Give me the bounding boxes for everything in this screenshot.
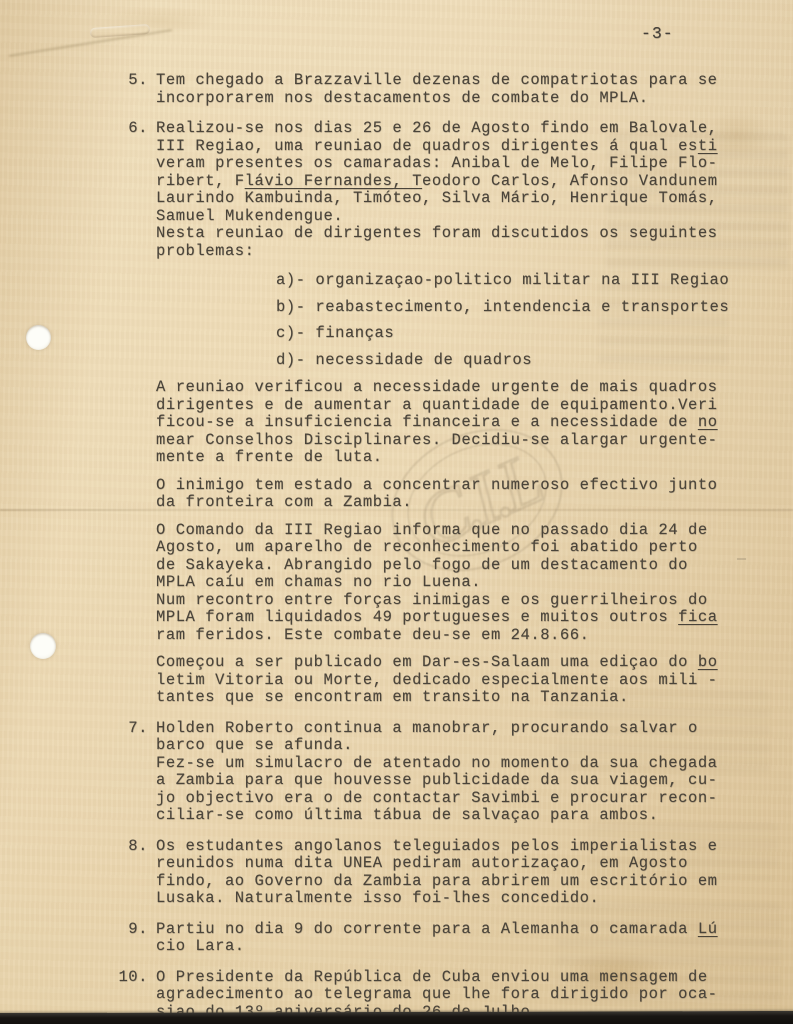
text-segment: bo [698,653,718,671]
text-line: ciliar-se como última tábua de salvaçao … [156,807,768,825]
text-segment: Laurindo [156,189,245,207]
text-line: III Regiao, uma reuniao de quadros dirig… [156,138,768,156]
text-line: Tem chegado a Brazzaville dezenas de com… [156,72,768,90]
paragraph: Os estudantes angolanos teleguiados pelo… [156,838,768,908]
text-segment: jo objectivo era o de contactar Savimbi … [156,789,718,807]
text-segment: Partiu no dia 9 do corrente para a Alema… [156,920,698,938]
document-item: 5.Tem chegado a Brazzaville dezenas de c… [118,72,768,107]
text-line: Fez-se um simulacro de atentado no momen… [156,755,768,773]
item-body: Partiu no dia 9 do corrente para a Alema… [156,921,768,956]
text-line: Agosto, um aparelho de reconhecimento fo… [156,539,768,557]
text-segment: ti [698,137,718,155]
item-number: 5. [118,72,148,107]
sublist-entry: d)- necessidade de quadros [156,352,768,370]
text-line: ram feridos. Este combate deu-se em 24.8… [156,627,768,645]
text-segment: ficou-se a insuficiencia financeira e a … [156,413,698,431]
text-segment: Começou a ser publicado em Dar-es-Salaam… [156,653,698,671]
text-segment: Fernandes [304,172,393,190]
text-segment: Lusaka. Naturalmente isso foi-lhes conce… [156,889,599,907]
item-body: Realizou-se nos dias 25 e 26 de Agosto f… [156,120,768,707]
page-number: -3- [641,24,674,43]
document-body: 5.Tem chegado a Brazzaville dezenas de c… [118,72,768,1021]
sublist-entry: b)- reabastecimento, intendencia e trans… [156,299,768,317]
text-segment: ram feridos. Este combate deu-se em 24.8… [156,626,589,644]
text-line: da fronteira com a Zambia. [156,494,768,512]
text-segment: Timóteo [353,189,422,207]
paragraph: Realizou-se nos dias 25 e 26 de Agosto f… [156,120,768,260]
scanner-edge-strip [0,1011,793,1024]
text-line: Realizou-se nos dias 25 e 26 de Agosto f… [156,120,768,138]
text-segment: O Comando da III Regiao informa que no p… [156,521,708,539]
text-line: O Comando da III Regiao informa que no p… [156,522,768,540]
text-line: MPLA foram liquidados 49 portugueses e m… [156,609,768,627]
text-segment: agradecimento ao telegrama que lhe fora … [156,985,718,1003]
text-segment: ciliar-se como última tábua de salvaçao … [156,806,658,824]
text-line: veram presentes os camaradas: Anibal de … [156,155,768,173]
document-item: 8.Os estudantes angolanos teleguiados pe… [118,838,768,908]
text-line: ribert, Flávio Fernandes, Teodoro Carlos… [156,173,768,191]
text-line: mente a frente de luta. [156,449,768,467]
item-number: 6. [118,120,148,707]
text-line: O Presidente da República de Cuba enviou… [156,969,768,987]
item-body: Tem chegado a Brazzaville dezenas de com… [156,72,768,107]
text-segment: Samuel Mukendengue. [156,207,343,225]
text-line: Nesta reuniao de dirigentes foram discut… [156,225,768,243]
text-segment: reunidos numa dita UNEA pediram autoriza… [156,854,688,872]
text-segment: III Regiao, uma reuniao de quadros dirig… [156,137,698,155]
paragraph: A reuniao verificou a necessidade urgent… [156,379,768,467]
text-segment: O inimigo tem estado a concentrar numero… [156,476,718,494]
text-line: A reuniao verificou a necessidade urgent… [156,379,768,397]
text-segment: A reuniao verificou a necessidade urgent… [156,378,718,396]
text-segment: Lú [698,920,718,938]
paragraph: Holden Roberto continua a manobrar, proc… [156,720,768,825]
text-segment: veram presentes os camaradas: Anibal de … [156,154,718,172]
item-body: Os estudantes angolanos teleguiados pelo… [156,838,768,908]
text-segment: cio Lara. [156,937,245,955]
sub-list: a)- organizaçao-politico militar na III … [156,272,768,369]
text-segment [343,189,353,207]
text-segment: , Silva Mário, Henrique Tomás, [422,189,718,207]
text-line: a Zambia para que houvesse publicidade d… [156,772,768,790]
text-segment: mente a frente de luta. [156,448,383,466]
text-segment: fica [678,608,717,626]
scanned-page: { "page": { "number": "-3-", "secondary_… [0,0,793,1024]
paragraph: Começou a ser publicado em Dar-es-Salaam… [156,654,768,707]
hole-punch [30,633,56,659]
text-segment: Os estudantes angolanos teleguiados pelo… [156,837,718,855]
text-segment: no [698,413,718,431]
sublist-entry: a)- organizaçao-politico militar na III … [156,272,768,290]
paragraph: Partiu no dia 9 do corrente para a Alema… [156,921,768,956]
paragraph: Tem chegado a Brazzaville dezenas de com… [156,72,768,107]
hole-punch [26,325,51,350]
text-segment: , Teodoro Carlos, Afonso Vandunem [392,172,717,190]
text-line: findo, ao Governo da Zambia para abrirem… [156,873,768,891]
text-segment: Tem chegado a Brazzaville dezenas de com… [156,71,718,89]
text-segment: Nesta reuniao de dirigentes foram discut… [156,224,718,242]
text-segment: O Presidente da República de Cuba enviou… [156,968,708,986]
item-number: 9. [118,921,148,956]
text-segment: da fronteira com a Zambia. [156,493,412,511]
text-line: Holden Roberto continua a manobrar, proc… [156,720,768,738]
document-item: 6.Realizou-se nos dias 25 e 26 de Agosto… [118,120,768,707]
item-body: Holden Roberto continua a manobrar, proc… [156,720,768,825]
text-line: MPLA caíu em chamas no rio Luena. [156,574,768,592]
text-line: jo objectivo era o de contactar Savimbi … [156,790,768,808]
text-line: O inimigo tem estado a concentrar numero… [156,477,768,495]
text-line: Lusaka. Naturalmente isso foi-lhes conce… [156,890,768,908]
text-line: letim Vitoria ou Morte, dedicado especia… [156,672,768,690]
text-line: Os estudantes angolanos teleguiados pelo… [156,838,768,856]
text-segment: ribert, Flávio [156,172,304,190]
text-line: problemas: [156,243,768,261]
text-line: Começou a ser publicado em Dar-es-Salaam… [156,654,768,672]
text-segment: Fez-se um simulacro de atentado no momen… [156,754,718,772]
text-segment: Num recontro entre forças inimigas e os … [156,591,708,609]
item-number: 8. [118,838,148,908]
text-segment: letim Vitoria ou Morte, dedicado especia… [156,671,718,689]
text-line: Samuel Mukendengue. [156,208,768,226]
text-line: Num recontro entre forças inimigas e os … [156,592,768,610]
text-segment: a Zambia para que houvesse publicidade d… [156,771,718,789]
text-line: mear Conselhos Disciplinares. Decidiu-se… [156,432,768,450]
text-segment: tantes que se encontram em transito na T… [156,688,629,706]
text-line: dirigentes e de aumentar a quantidade de… [156,397,768,415]
text-segment: Holden Roberto continua a manobrar, proc… [156,719,698,737]
text-line: barco que se afunda. [156,737,768,755]
paragraph: O inimigo tem estado a concentrar numero… [156,477,768,512]
text-line: tantes que se encontram em transito na T… [156,689,768,707]
text-line: Laurindo Kambuinda, Timóteo, Silva Mário… [156,190,768,208]
text-segment: MPLA foram liquidados 49 portugueses e m… [156,608,678,626]
text-line: reunidos numa dita UNEA pediram autoriza… [156,855,768,873]
text-segment: incorporarem nos destacamentos de combat… [156,89,649,107]
text-segment: MPLA caíu em chamas no rio Luena. [156,573,481,591]
text-line: incorporarem nos destacamentos de combat… [156,90,768,108]
item-number: 7. [118,720,148,825]
text-segment: mear Conselhos Disciplinares. Decidiu-se… [156,431,718,449]
text-line: ficou-se a insuficiencia financeira e a … [156,414,768,432]
text-line: cio Lara. [156,938,768,956]
text-segment: dirigentes e de aumentar a quantidade de… [156,396,718,414]
sublist-entry: c)- finanças [156,325,768,343]
text-line: de Sakayeka. Abrangido pelo fogo de um d… [156,557,768,575]
paragraph: O Comando da III Regiao informa que no p… [156,522,768,645]
text-segment: Kambuinda, [245,189,344,207]
text-line: agradecimento ao telegrama que lhe fora … [156,986,768,1004]
text-segment: de Sakayeka. Abrangido pelo fogo de um d… [156,556,688,574]
text-segment: findo, ao Governo da Zambia para abrirem… [156,872,718,890]
text-line: Partiu no dia 9 do corrente para a Alema… [156,921,768,939]
document-item: 9.Partiu no dia 9 do corrente para a Ale… [118,921,768,956]
text-segment: barco que se afunda. [156,736,353,754]
text-segment: problemas: [156,242,255,260]
text-segment: Agosto, um aparelho de reconhecimento fo… [156,538,698,556]
text-segment: Realizou-se nos dias 25 e 26 de Agosto f… [156,119,718,137]
document-item: 7.Holden Roberto continua a manobrar, pr… [118,720,768,825]
